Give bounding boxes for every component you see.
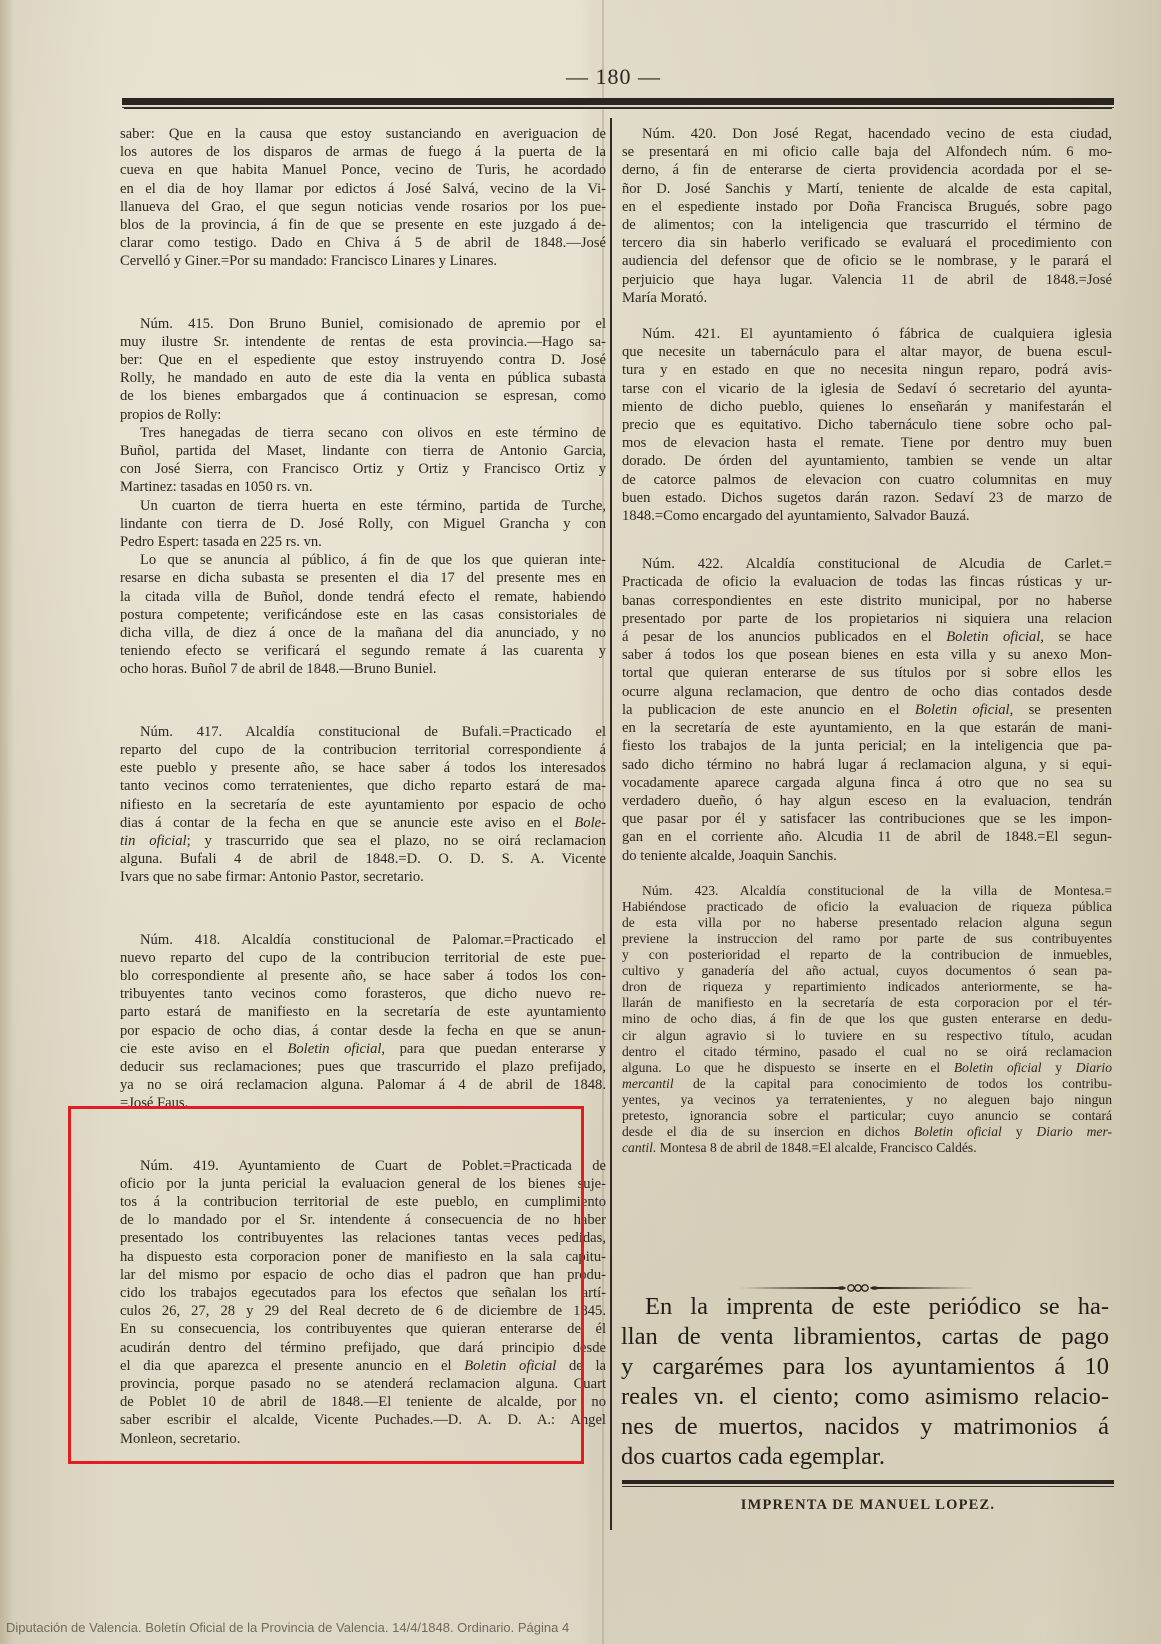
text-line: en el espediente instado por Doña Franci… bbox=[622, 198, 1112, 216]
text-line: Tres hanegadas de tierra secano con oliv… bbox=[120, 424, 606, 442]
text-line: la publicacion de este anuncio en el Bol… bbox=[622, 701, 1112, 719]
ad-line: dos cuartos cada egemplar. bbox=[621, 1442, 1109, 1472]
text-line: lar del mismo por espacio de ocho dias e… bbox=[120, 1266, 606, 1284]
notice-heading: Núm. 422. Alcaldía constitucional de Alc… bbox=[622, 555, 1112, 573]
header-rule bbox=[122, 98, 1114, 107]
text-line: de los bienes embargados que á continuac… bbox=[120, 387, 606, 405]
text-line: que necesite un tabernáculo para el alta… bbox=[622, 343, 1112, 361]
notice-417: Núm. 417. Alcaldía constitucional de Buf… bbox=[120, 723, 606, 887]
notice-423: Núm. 423. Alcaldía constitucional de la … bbox=[622, 883, 1112, 1157]
text-line: alguna. Bufali 4 de abril de 1848.=D. O.… bbox=[120, 850, 606, 868]
notice-418: Núm. 418. Alcaldía constitucional de Pal… bbox=[120, 931, 606, 1113]
text-line: tanto vecinos como terratenientes, que d… bbox=[120, 777, 606, 795]
text-line: mos de elevacion hasta el remate. Tiene … bbox=[622, 434, 1112, 452]
text-line: en el dia de hoy llamar por edictos á Jo… bbox=[120, 180, 606, 198]
text-line: parto estará de manifiesto en la secreta… bbox=[120, 1003, 606, 1021]
notice-419: Núm. 419. Ayuntamiento de Cuart de Poble… bbox=[120, 1157, 606, 1448]
ad-line: reales vn. el ciento; como asimismo rela… bbox=[621, 1382, 1109, 1412]
text-line: propios de Rolly: bbox=[120, 406, 606, 424]
text-line: nuevo reparto del cupo de la contribucio… bbox=[120, 949, 606, 967]
text-line: Un cuarton de tierra huerta en este térm… bbox=[120, 497, 606, 515]
text-line: Buñol, partida del Maset, lindante con t… bbox=[120, 442, 606, 460]
notice-heading: Núm. 419. Ayuntamiento de Cuart de Poble… bbox=[120, 1157, 606, 1175]
notice-415: Núm. 415. Don Bruno Buniel, comisionado … bbox=[120, 315, 606, 679]
printer-imprint: IMPRENTA DE MANUEL LOPEZ. bbox=[622, 1497, 1114, 1514]
text-line: presentado por parte de los propietarios… bbox=[622, 610, 1112, 628]
text-line: tortal que quieran enterarse de sus títu… bbox=[622, 664, 1112, 682]
page-edge-shadow bbox=[0, 0, 14, 1644]
notice-heading: Núm. 417. Alcaldía constitucional de Buf… bbox=[120, 723, 606, 741]
text-line: ha dispuesto esta corporacion poner de m… bbox=[120, 1248, 606, 1266]
text-line: cultivo y ganadería del año actual, cuyo… bbox=[622, 963, 1112, 979]
footer-rule bbox=[622, 1480, 1114, 1484]
text-line: tarse con el vicario de la iglesia de Se… bbox=[622, 380, 1112, 398]
text-line: Practicada de oficio la evaluacion de to… bbox=[622, 573, 1112, 591]
text-line: provincia, porque pasado no se atenderá … bbox=[120, 1375, 606, 1393]
text-line: de esta villa por no haberse presentado … bbox=[622, 915, 1112, 931]
text-line: ocurre alguna reclamacion, que dentro de… bbox=[622, 683, 1112, 701]
archive-caption: Diputación de Valencia. Boletín Oficial … bbox=[6, 1620, 569, 1635]
text-line: llarán de manifiesto en la secretaría de… bbox=[622, 995, 1112, 1011]
text-line: Lo que se anuncia al público, á fin de q… bbox=[120, 551, 606, 569]
text-line: presentado los contribuyentes las relaci… bbox=[120, 1229, 606, 1247]
text-line: este pueblo y presente año, se hace sabe… bbox=[120, 759, 606, 777]
ad-line: llan de venta libramientos, cartas de pa… bbox=[621, 1322, 1109, 1352]
text-line: do teniente alcalde, Joaquin Sanchis. bbox=[622, 847, 1112, 865]
left-column: saber: Que en la causa que estoy sustanc… bbox=[120, 125, 606, 1448]
text-line: postura competente; verificándose este e… bbox=[120, 606, 606, 624]
text-line: gan en el corriente año. Alcudia 11 de a… bbox=[622, 828, 1112, 846]
text-line: dorado. De órden del ayuntamiento, tambi… bbox=[622, 452, 1112, 470]
text-line: previene la instruccion del ramo por par… bbox=[622, 931, 1112, 947]
notice-heading: Núm. 420. Don José Regat, hacendado veci… bbox=[622, 125, 1112, 143]
text-line: tribuyentes tanto vecinos como forastero… bbox=[120, 985, 606, 1003]
text-line: dentro el citado término, pasado el cual… bbox=[622, 1044, 1112, 1060]
text-line: por espacio de ocho dias, á contar desde… bbox=[120, 1022, 606, 1040]
text-line: Rolly, he mandado en auto de este dia la… bbox=[120, 369, 606, 387]
page-number: — 180 — bbox=[566, 64, 661, 90]
text-line: pretesto, ignorancia sobre el particular… bbox=[622, 1108, 1112, 1124]
text-line: culos 26, 27, 28 y 29 del Real decreto d… bbox=[120, 1302, 606, 1320]
text-line: á pesar de los anuncios publicados en el… bbox=[622, 628, 1112, 646]
text-line: nifiesto en la secretaría de este ayunta… bbox=[120, 796, 606, 814]
notice-continuation: saber: Que en la causa que estoy sustanc… bbox=[120, 125, 606, 271]
notice-heading: Núm. 418. Alcaldía constitucional de Pal… bbox=[120, 931, 606, 949]
text-line: perjuicio que haya lugar. Valencia 11 de… bbox=[622, 271, 1112, 289]
text-line: saber escribir el alcalde, Vicente Pucha… bbox=[120, 1411, 606, 1429]
text-line: y con posterioridad el reparto de la con… bbox=[622, 947, 1112, 963]
notice-422: Núm. 422. Alcaldía constitucional de Alc… bbox=[622, 555, 1112, 864]
text-line: derno, á fin de enterarse de cierta prov… bbox=[622, 161, 1112, 179]
text-line: cido los trabajos egecutados para los ef… bbox=[120, 1284, 606, 1302]
text-line: En su consecuencia, los contribuyentes q… bbox=[120, 1320, 606, 1338]
text-line: en la secretaría de este ayuntamiento, e… bbox=[622, 719, 1112, 737]
text-line: de Poblet 10 de abril de 1848.—El tenien… bbox=[120, 1393, 606, 1411]
text-line: oficio por la junta pericial la evaluaci… bbox=[120, 1175, 606, 1193]
text-line: con José Sierra, con Francisco Ortiz y O… bbox=[120, 460, 606, 478]
text-line: Habiéndose practicado de oficio la evalu… bbox=[622, 899, 1112, 915]
text-line: de lo mandado por el Sr. intendente á co… bbox=[120, 1211, 606, 1229]
text-line: dias á contar de la fecha en que se anun… bbox=[120, 814, 606, 832]
text-line: cueva en que habita Manuel Ponce, vecino… bbox=[120, 161, 606, 179]
text-line: llanueva del Grao, el que segun noticias… bbox=[120, 198, 606, 216]
text-line: blo correspondiente al presente año, se … bbox=[120, 967, 606, 985]
text-line: blos de la provincia, á fin de que se pr… bbox=[120, 216, 606, 234]
text-line: se presentará en mi oficio calle baja de… bbox=[622, 143, 1112, 161]
text-line: Ivars que no sabe firmar: Antonio Pastor… bbox=[120, 868, 606, 886]
text-line: tura y en estado en que no necesita ning… bbox=[622, 361, 1112, 379]
text-line: reparto del cupo de la contribucion terr… bbox=[120, 741, 606, 759]
text-line: la citada villa de Buñol, donde tendrá e… bbox=[120, 588, 606, 606]
text-line: saber: Que en la causa que estoy sustanc… bbox=[120, 125, 606, 143]
text-line: cir algun agravio si lo tuviere en su re… bbox=[622, 1028, 1112, 1044]
text-line: sado dicho término no habrá lugar á recl… bbox=[622, 756, 1112, 774]
text-line: mercantil de la capital para conocimient… bbox=[622, 1076, 1112, 1092]
text-line: audiencia del defensor que de oficio se … bbox=[622, 252, 1112, 270]
text-line: clarar como testigo. Dado en Chiva á 5 d… bbox=[120, 234, 606, 252]
text-line: vocadamente aparece cargada alguna finca… bbox=[622, 774, 1112, 792]
text-line: cie este aviso en el Boletin oficial, pa… bbox=[120, 1040, 606, 1058]
column-divider bbox=[610, 118, 612, 1530]
text-line: los autores de los disparos de armas de … bbox=[120, 143, 606, 161]
text-line: Martinez: tasadas en 1050 rs. vn. bbox=[120, 478, 606, 496]
text-line: fiesto los trabajos de la junta pericial… bbox=[622, 737, 1112, 755]
text-line: ñor D. José Sanchis y Martí, teniente de… bbox=[622, 180, 1112, 198]
text-line: Cervelló y Giner.=Por su mandado: Franci… bbox=[120, 252, 606, 270]
text-line: que pasar por él y satisfacer las contri… bbox=[622, 810, 1112, 828]
text-line: el dia que aparezca el presente anuncio … bbox=[120, 1357, 606, 1375]
printing-advertisement: En la imprenta de este periódico se ha- … bbox=[621, 1292, 1109, 1472]
right-column: Núm. 420. Don José Regat, hacendado veci… bbox=[622, 125, 1112, 1156]
text-line: cantil. Montesa 8 de abril de 1848.=El a… bbox=[622, 1140, 1112, 1156]
text-line: tos á la contribucion territorial de est… bbox=[120, 1193, 606, 1211]
text-line: desde el dia de su insercion en dichos B… bbox=[622, 1124, 1112, 1140]
text-line: verdadero dueño, ó hay algun esceso en l… bbox=[622, 792, 1112, 810]
text-line: dicha villa, de diez á once de la mañana… bbox=[120, 624, 606, 642]
text-line: María Morató. bbox=[622, 289, 1112, 307]
text-line: saber á todos los que posean bienes en e… bbox=[622, 646, 1112, 664]
text-line: resarse en dicha subasta se presenten el… bbox=[120, 569, 606, 587]
text-line: ber: Que en el espediente que estoy inst… bbox=[120, 351, 606, 369]
text-line: acudirán dentro del término prefijado, q… bbox=[120, 1339, 606, 1357]
text-line: ya no se oirá reclamacion alguna. Paloma… bbox=[120, 1076, 606, 1094]
text-line: mino de ocho dias, á fin de que los que … bbox=[622, 1011, 1112, 1027]
text-line: alguna. Lo que he dispuesto se inserte e… bbox=[622, 1060, 1112, 1076]
text-line: buen estado. Dichos sugetos darán razon.… bbox=[622, 489, 1112, 507]
text-line: teniendo efecto se verificará el segundo… bbox=[120, 642, 606, 660]
text-line: yentes, ya vecinos ya terratenientes, y … bbox=[622, 1092, 1112, 1108]
text-line: tin oficial; y trascurrido que sea el pl… bbox=[120, 832, 606, 850]
text-line: 1848.=Como encargado del ayuntamiento, S… bbox=[622, 507, 1112, 525]
text-line: Monleon, secretario. bbox=[120, 1430, 606, 1448]
text-line: Pedro Espert: tasada en 225 rs. vn. bbox=[120, 533, 606, 551]
text-line: ocho horas. Buñol 7 de abril de 1848.—Br… bbox=[120, 660, 606, 678]
notice-heading: Núm. 415. Don Bruno Buniel, comisionado … bbox=[120, 315, 606, 333]
text-line: =José Faus. bbox=[120, 1094, 606, 1112]
text-line: precio que es equitativo. Dicho tabernác… bbox=[622, 416, 1112, 434]
notice-heading: Núm. 421. El ayuntamiento ó fábrica de c… bbox=[622, 325, 1112, 343]
ad-line: En la imprenta de este periódico se ha- bbox=[621, 1292, 1109, 1322]
ad-line: nes de muertos, nacidos y matrimonios á bbox=[621, 1412, 1109, 1442]
text-line: lindante con tierra de D. José Rolly, co… bbox=[120, 515, 606, 533]
ad-line: y cargarémes para los ayuntamientos á 10 bbox=[621, 1352, 1109, 1382]
notice-heading: Núm. 423. Alcaldía constitucional de la … bbox=[622, 883, 1112, 899]
text-line: deducir sus reclamaciones; pues que tras… bbox=[120, 1058, 606, 1076]
text-line: muy ilustre Sr. intendente de rentas de … bbox=[120, 333, 606, 351]
notice-420: Núm. 420. Don José Regat, hacendado veci… bbox=[622, 125, 1112, 307]
text-line: de alimentos; con la inteligencia que tr… bbox=[622, 216, 1112, 234]
notice-421: Núm. 421. El ayuntamiento ó fábrica de c… bbox=[622, 325, 1112, 525]
text-line: miento de dicho pueblo, quienes lo enseñ… bbox=[622, 398, 1112, 416]
text-line: de catorce palmos de elevacion con cuatr… bbox=[622, 471, 1112, 489]
text-line: dron de riqueza y repartimiento indicado… bbox=[622, 979, 1112, 995]
text-line: banas correspondientes en este distrito … bbox=[622, 592, 1112, 610]
text-line: tercero dia sin haberlo verificado se ev… bbox=[622, 234, 1112, 252]
